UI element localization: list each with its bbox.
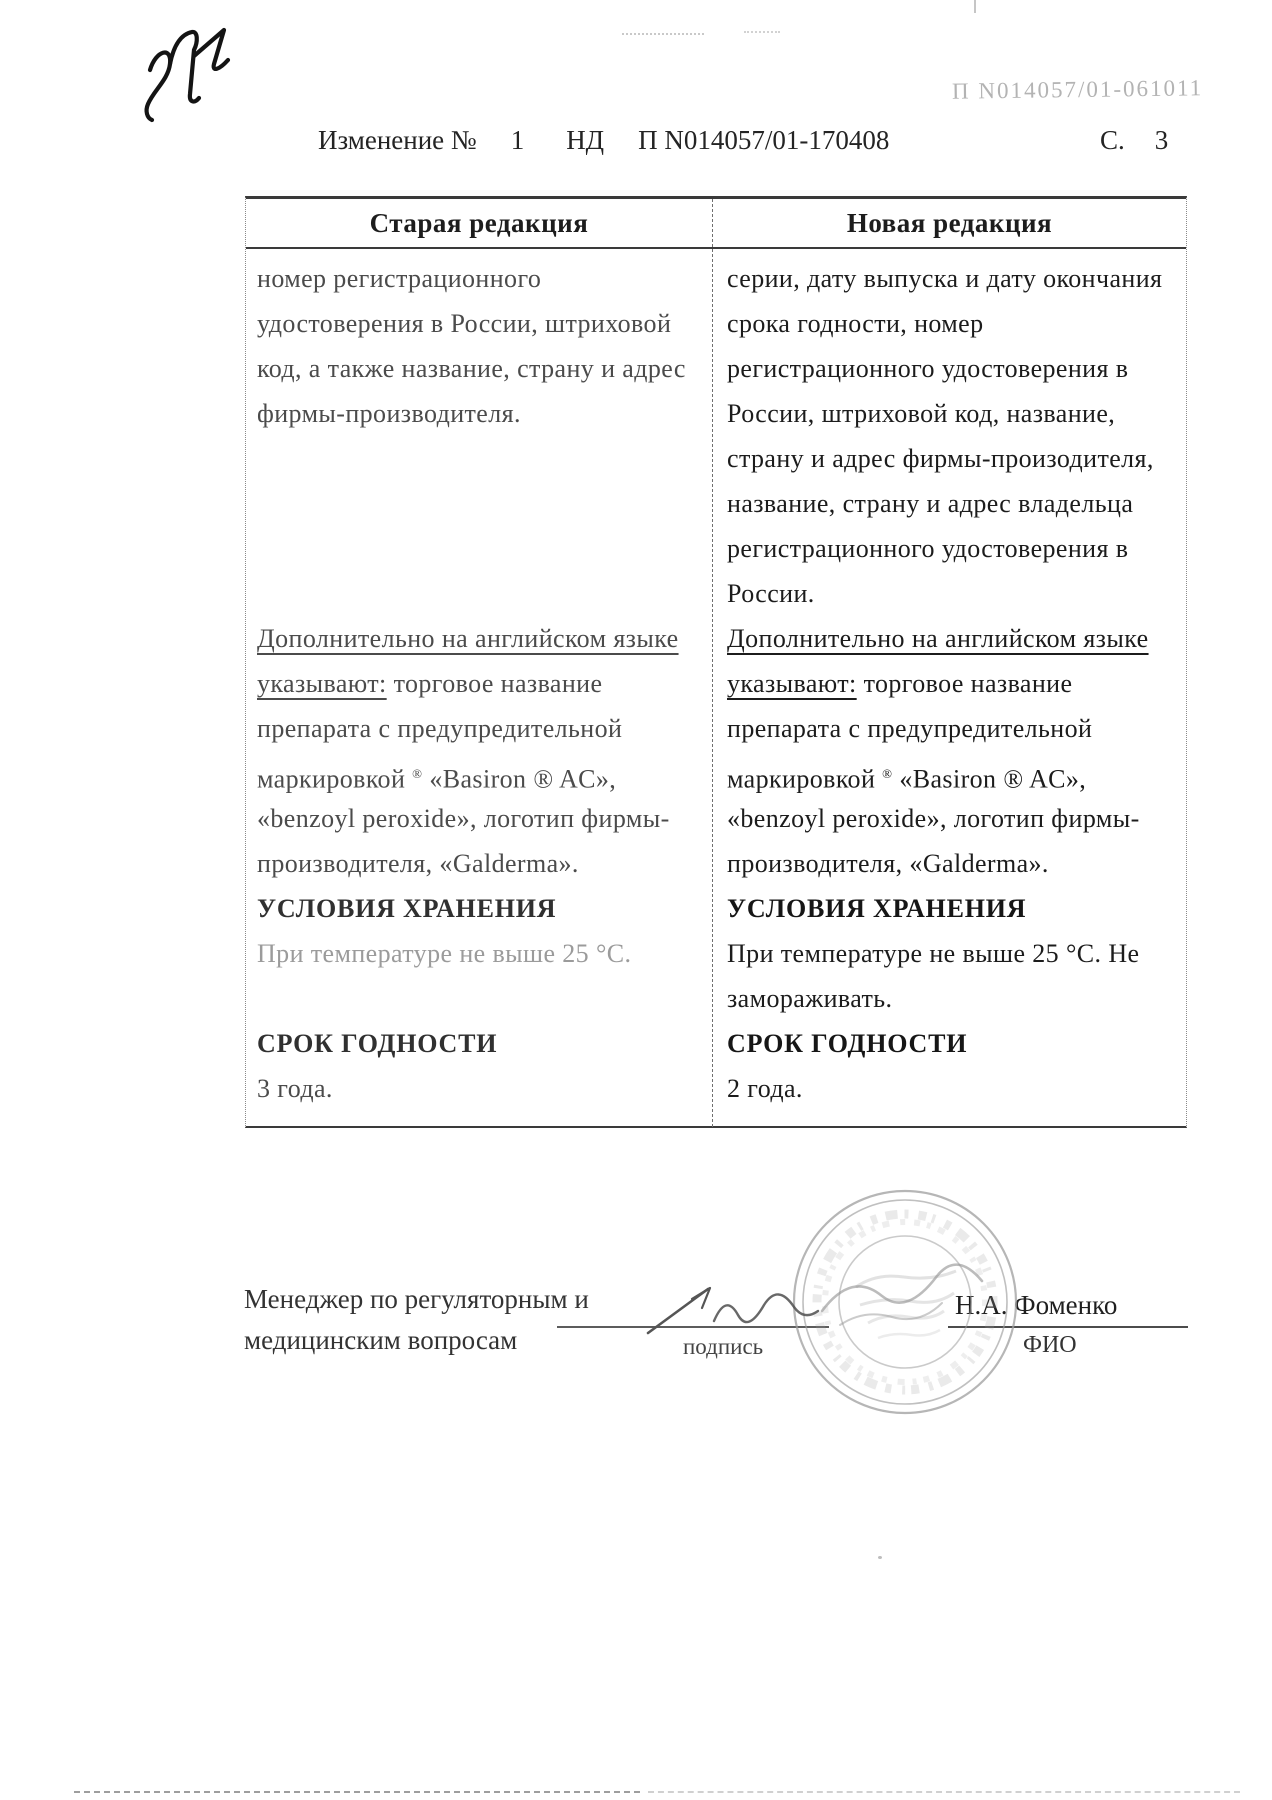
nd-label: НД [566, 125, 604, 155]
table-text-line: серии, дату выпуска и дату окончания [727, 256, 1180, 301]
table-text-line [257, 571, 707, 616]
table-body: номер регистрационногоудостоверения в Ро… [246, 249, 1186, 1127]
table-text-line: фирмы-производителя. [257, 391, 707, 436]
table-text-line: препарата с предупредительной [727, 706, 1180, 751]
scan-artifact-dots [744, 31, 780, 33]
scan-artifact-speck [878, 1556, 882, 1559]
handwritten-signature-icon [600, 1255, 1020, 1375]
column-header-new: Новая редакция [713, 199, 1186, 247]
table-text-line: название, страну и адрес владельца [727, 481, 1180, 526]
table-text-line: При температуре не выше 25 °С. Не [727, 931, 1180, 976]
table-text-line: России. [727, 571, 1180, 616]
table-text-line: России, штриховой код, название, [727, 391, 1180, 436]
table-text-line: страну и адрес фирмы-произодителя, [727, 436, 1180, 481]
table-text-line: «benzoyl peroxide», логотип фирмы- [727, 796, 1180, 841]
table-text-line: маркировкой ® «Basiron ® AC», [727, 751, 1180, 796]
table-text-line: срока годности, номер [727, 301, 1180, 346]
table-text-line: УСЛОВИЯ ХРАНЕНИЯ [257, 886, 707, 931]
table-text-line: 3 года. [257, 1066, 707, 1111]
scan-artifact-tick [974, 0, 976, 13]
table-header-row: Старая редакция Новая редакция [246, 199, 1186, 249]
signer-role: Менеджер по регуляторным и медицинским в… [244, 1279, 589, 1361]
table-text-line: Дополнительно на английском языке [257, 616, 707, 661]
table-text-line: При температуре не выше 25 °С. [257, 931, 707, 976]
column-header-old: Старая редакция [246, 199, 713, 247]
faded-doc-number: П N014057/01-061011 [952, 75, 1204, 105]
table-text-line: замораживать. [727, 976, 1180, 1021]
table-text-line [257, 436, 707, 481]
doc-number: П N014057/01-170408 [638, 125, 889, 155]
table-text-line: код, а также название, страну и адрес [257, 346, 707, 391]
table-text-line: регистрационного удостоверения в [727, 346, 1180, 391]
table-text-line: Дополнительно на английском языке [727, 616, 1180, 661]
table-text-line [257, 481, 707, 526]
change-label: Изменение № [318, 125, 477, 155]
table-text-line: 2 года. [727, 1066, 1180, 1111]
table-text-line [257, 976, 707, 1021]
document-header-line: Изменение №1НДП N014057/01-170408 [318, 125, 889, 156]
table-text-line: производителя, «Galderma». [257, 841, 707, 886]
scan-artifact-bottom-line [648, 1791, 1240, 1793]
table-text-line: указывают: торговое название [727, 661, 1180, 706]
table-text-line: «benzoyl peroxide», логотип фирмы- [257, 796, 707, 841]
table-text-line: СРОК ГОДНОСТИ [727, 1021, 1180, 1066]
comparison-table: Старая редакция Новая редакция номер рег… [245, 196, 1187, 1128]
table-text-line: УСЛОВИЯ ХРАНЕНИЯ [727, 886, 1180, 931]
table-text-line: препарата с предупредительной [257, 706, 707, 751]
table-text-line: маркировкой ® «Basiron ® AC», [257, 751, 707, 796]
page-number: С.3 [1100, 125, 1168, 156]
old-version-cell: номер регистрационногоудостоверения в Ро… [246, 249, 713, 1127]
table-text-line: номер регистрационного [257, 256, 707, 301]
table-text-line: производителя, «Galderma». [727, 841, 1180, 886]
table-text-line: указывают: торговое название [257, 661, 707, 706]
table-text-line: СРОК ГОДНОСТИ [257, 1021, 707, 1066]
scanned-document-page: { "colors": { "ink": "#1f1f1f", "ink_fad… [0, 0, 1272, 1800]
table-text-line: регистрационного удостоверения в [727, 526, 1180, 571]
change-number: 1 [511, 125, 525, 155]
table-text-line: удостоверения в России, штриховой [257, 301, 707, 346]
scan-artifact-dots [622, 33, 704, 35]
table-text-line [257, 526, 707, 571]
handwritten-annotation-icon [118, 8, 258, 128]
new-version-cell: серии, дату выпуска и дату окончаниясрок… [713, 249, 1186, 1127]
scan-artifact-bottom-line [74, 1791, 640, 1793]
